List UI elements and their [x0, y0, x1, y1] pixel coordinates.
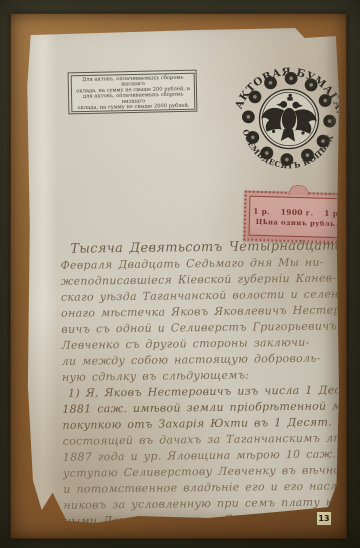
revenue-seal: АКТОВАЯ БУМАГА. ВОСЕМЬДЕСЯТЪ КОПѢЕКЪ: [225, 55, 353, 183]
framed-document-photo: Для актовъ, оплачиваемыхъ сборомъ высшаг…: [0, 0, 360, 548]
revenue-seal-graphic: АКТОВАЯ БУМАГА. ВОСЕМЬДЕСЯТЪ КОПѢЕКЪ: [225, 55, 353, 183]
price-stamp: 1 р. 1900 г. 1 р. Цѣна одинъ рубль.: [243, 191, 350, 244]
handwritten-deed-text: Тысяча Девятьсотъ Четырнадцатаго года Фе…: [60, 238, 360, 530]
fee-notice-text: Для актовъ, оплачиваемыхъ сборомъ высшаг…: [71, 73, 194, 112]
price-stamp-denomination-row: 1 р. 1900 г. 1 р.: [253, 206, 341, 217]
price-stamp-subline: Цѣна одинъ рубль.: [253, 217, 341, 227]
price-left: 1 р.: [253, 206, 270, 215]
fee-notice-line: оклада, на сумму не свыше 2000 рублей.: [73, 103, 193, 111]
price-year: 1900 г.: [281, 207, 314, 217]
price-stamp-inner: 1 р. 1900 г. 1 р. Цѣна одинъ рубль.: [248, 196, 345, 239]
fee-notice-inner-border: Для актовъ, оплачиваемыхъ сборомъ высшаг…: [70, 72, 195, 112]
fee-notice-box: Для актовъ, оплачиваемыхъ сборомъ высшаг…: [68, 70, 198, 115]
page-number-label: 13: [316, 511, 332, 526]
document-paper: Для актовъ, оплачиваемыхъ сборомъ высшаг…: [26, 27, 339, 525]
